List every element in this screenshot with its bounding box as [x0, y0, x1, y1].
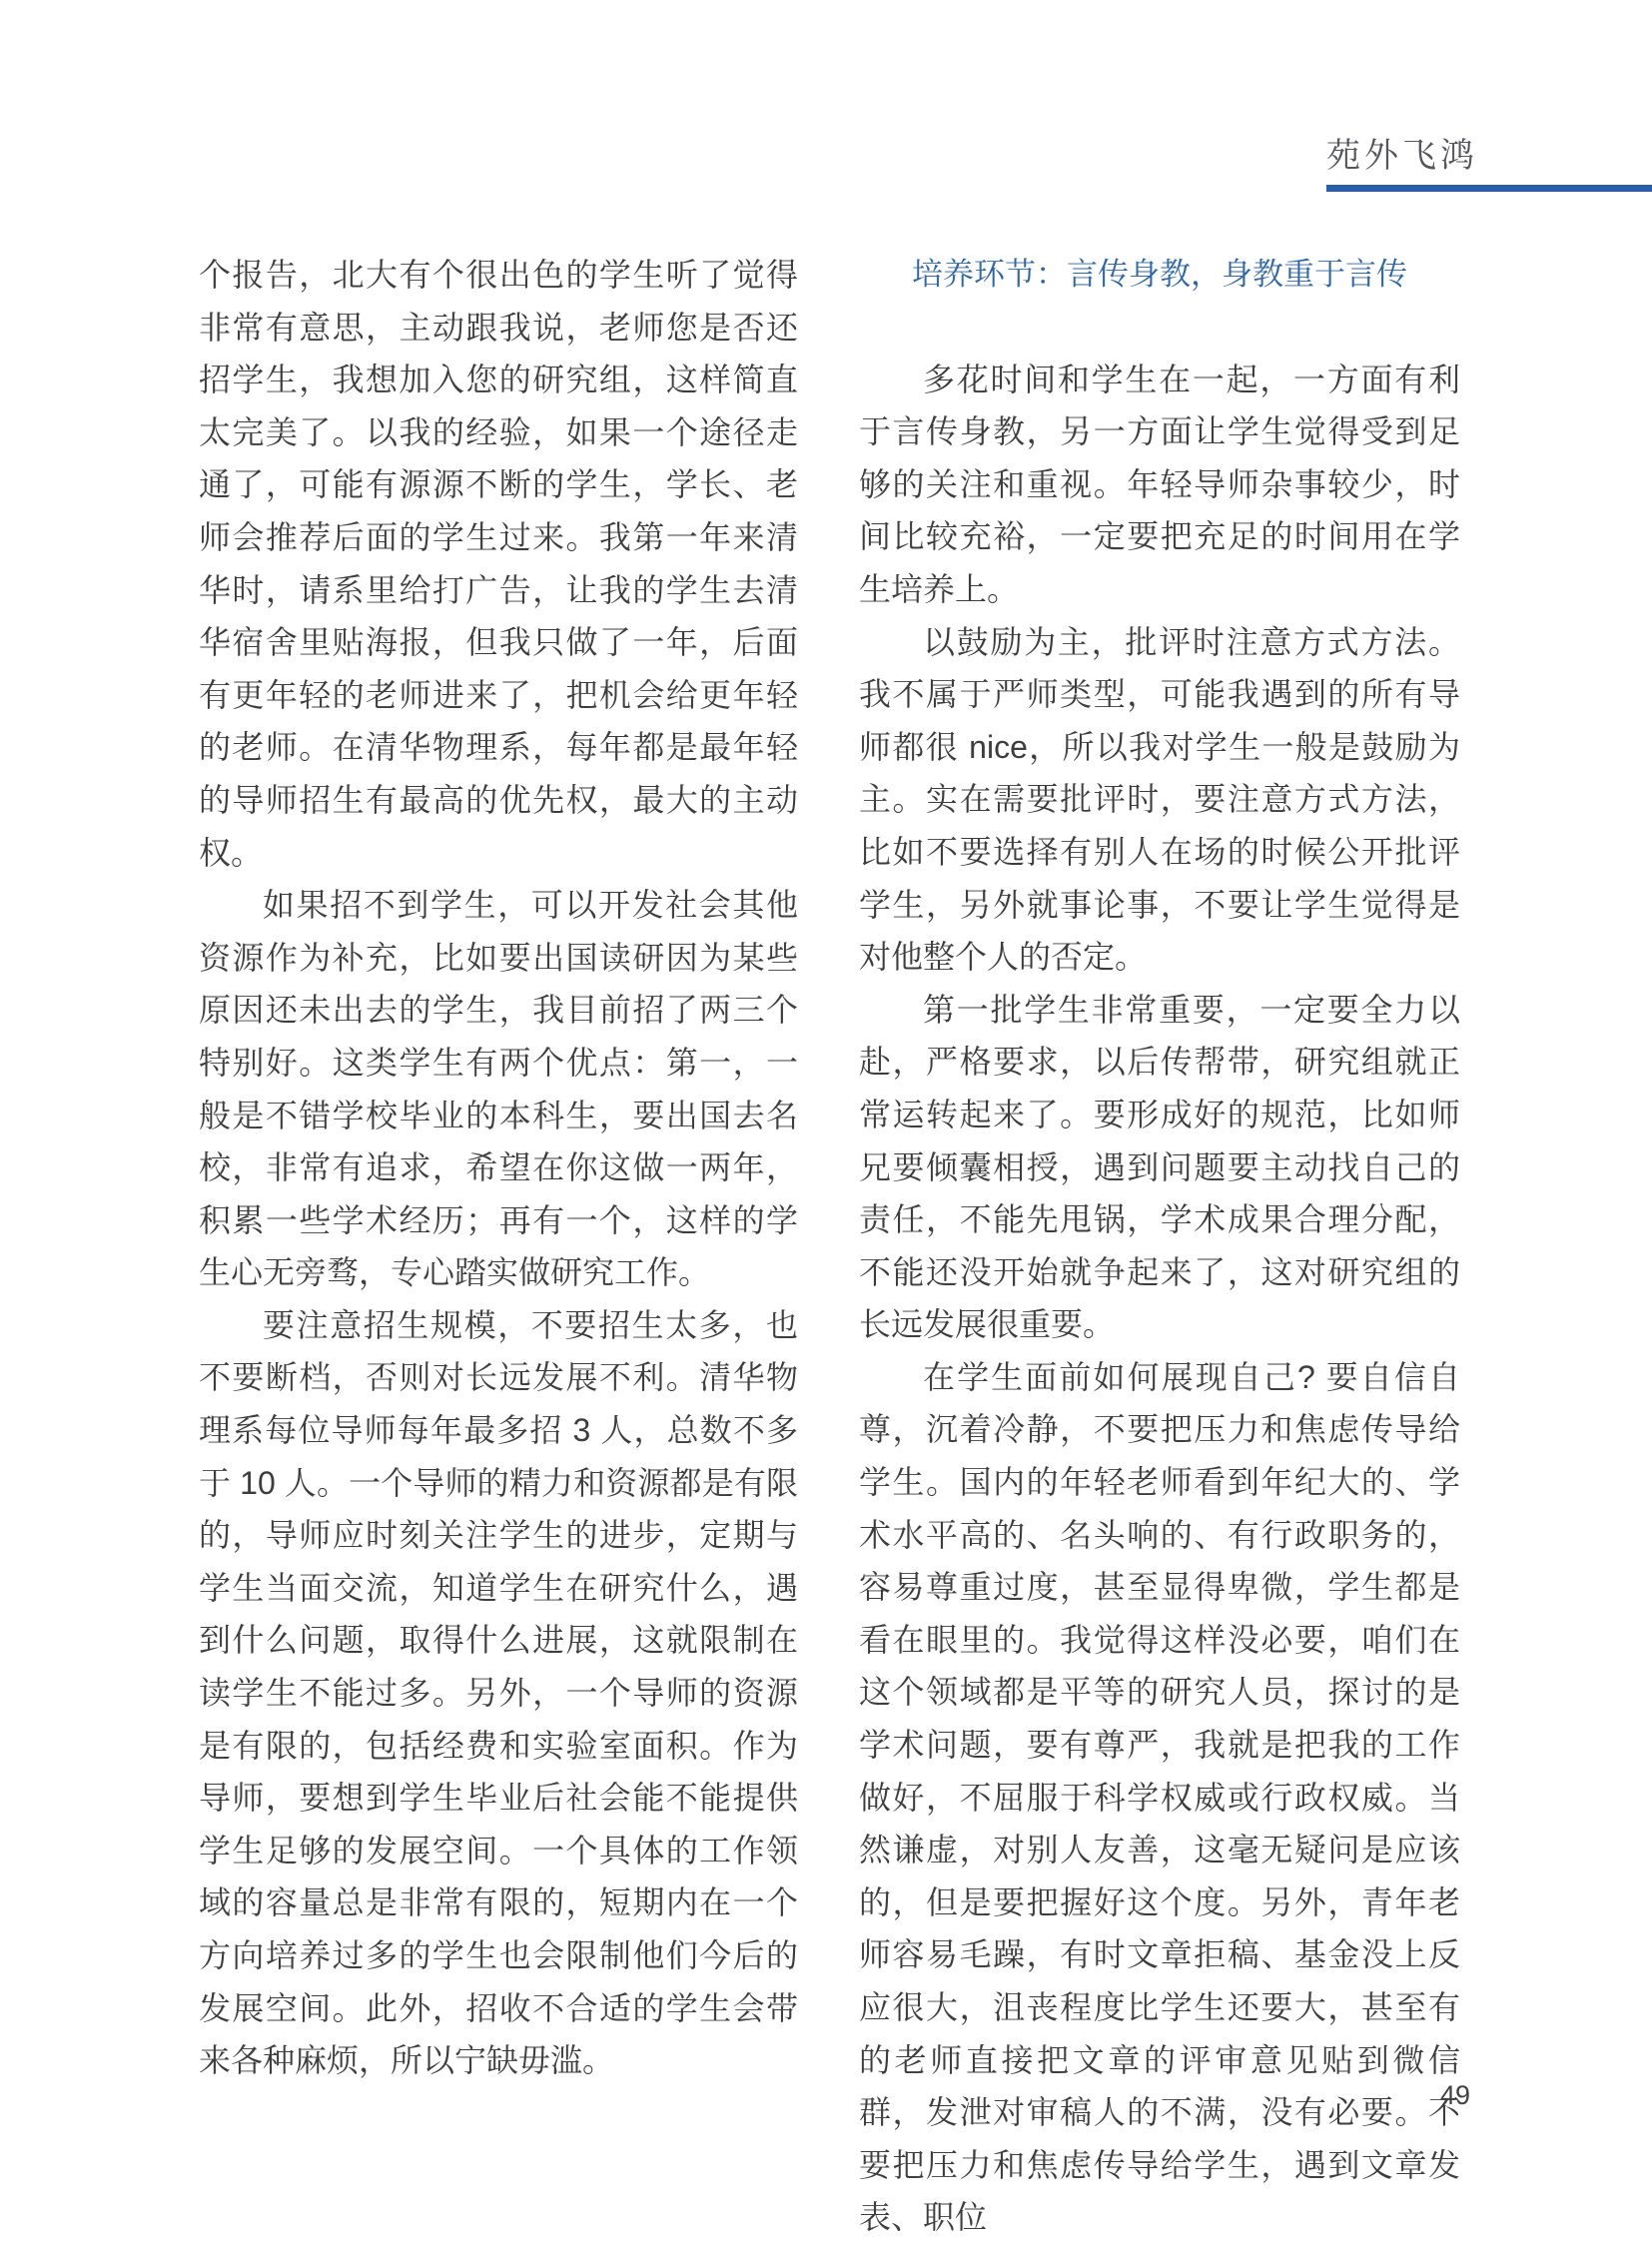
section-title: 苑外飞鸿 [1326, 138, 1478, 174]
magazine-page: 苑外飞鸿 个报告，北大有个很出色的学生听了觉得非常有意思，主动跟我说，老师您是否… [0, 0, 1652, 2242]
paragraph: 个报告，北大有个很出色的学生听了觉得非常有意思，主动跟我说，老师您是否还招学生，… [199, 249, 798, 879]
article-section-heading: 培养环节：言传身教，身教重于言传 [859, 249, 1460, 302]
left-text-column: 个报告，北大有个很出色的学生听了觉得非常有意思，主动跟我说，老师您是否还招学生，… [199, 249, 798, 2087]
header-rule [1326, 185, 1652, 192]
page-number: 49 [1440, 2080, 1470, 2110]
paragraph: 第一批学生非常重要，一定要全力以赴，严格要求，以后传帮带，研究组就正常运转起来了… [859, 984, 1460, 1351]
paragraph: 在学生面前如何展现自己? 要自信自尊，沉着冷静，不要把压力和焦虑传导给学生。国内… [859, 1351, 1460, 2242]
right-column-body: 多花时间和学生在一起，一方面有利于言传身教，另一方面让学生觉得受到足够的关注和重… [859, 354, 1460, 2242]
paragraph: 多花时间和学生在一起，一方面有利于言传身教，另一方面让学生觉得受到足够的关注和重… [859, 354, 1460, 616]
paragraph: 以鼓励为主，批评时注意方式方法。我不属于严师类型，可能我遇到的所有导师都很 ni… [859, 616, 1460, 984]
paragraph: 如果招不到学生，可以开发社会其他资源作为补充，比如要出国读研因为某些原因还未出去… [199, 879, 798, 1299]
paragraph: 要注意招生规模，不要招生太多，也不要断档，否则对长远发展不利。清华物理系每位导师… [199, 1299, 798, 2087]
right-text-column: 培养环节：言传身教，身教重于言传 多花时间和学生在一起，一方面有利于言传身教，另… [859, 249, 1460, 2242]
